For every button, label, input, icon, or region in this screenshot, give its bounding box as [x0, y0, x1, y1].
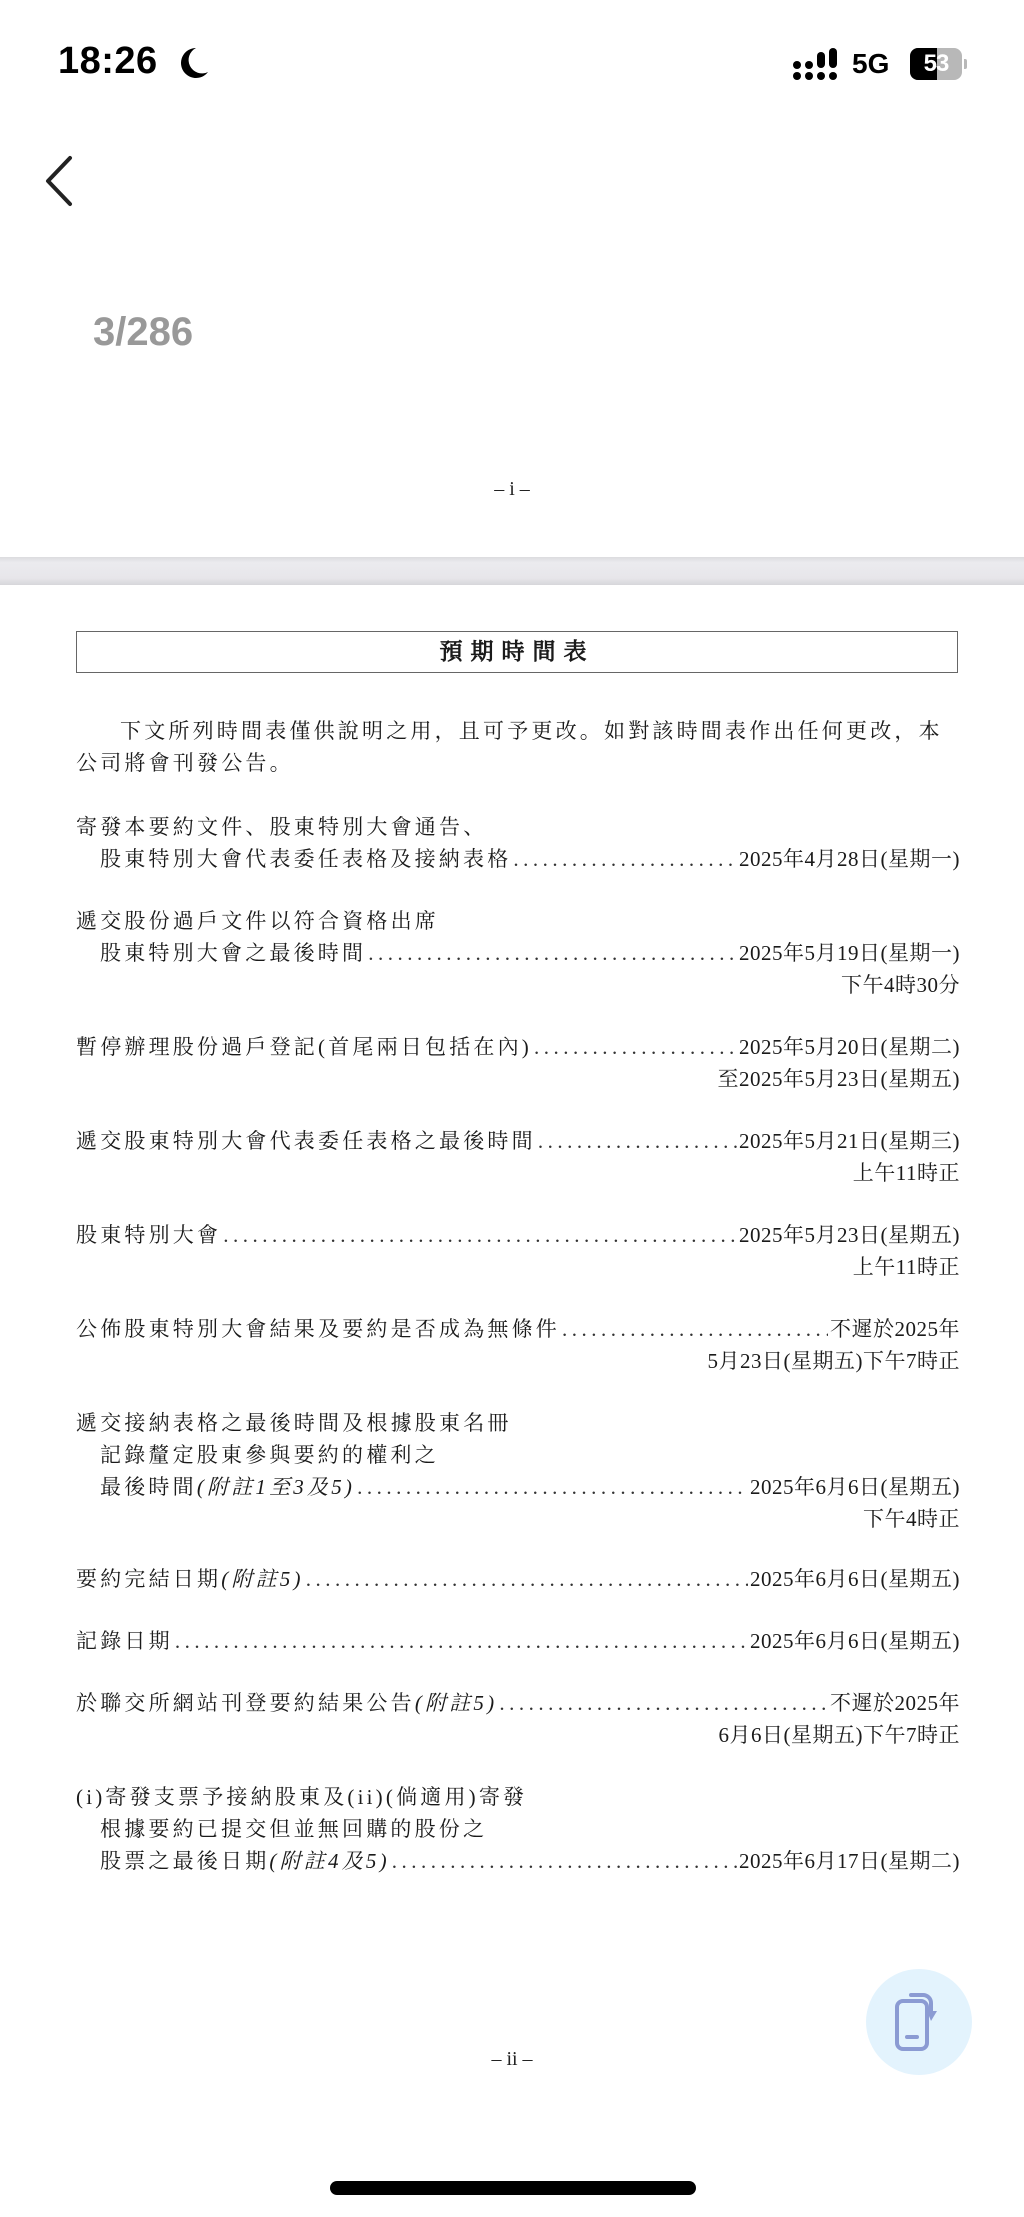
timetable-row: 遞交接納表格之最後時間及根據股東名冊 記錄釐定股東參與要約的權利之 最後時間(附… [76, 1407, 960, 1535]
status-bar: 18:26 5G 53 [0, 0, 1024, 130]
event-date: 2025年5月19日(星期一) [739, 937, 960, 969]
status-time: 18:26 [58, 40, 158, 83]
page-footer-ii: – ii – [0, 2048, 1024, 2071]
event-date: 2025年5月23日(星期五) [739, 1219, 960, 1251]
event-date: 2025年6月17日(星期二) [739, 1845, 960, 1877]
event-time: 下午4時30分 [76, 969, 960, 1001]
timetable-row: (i)寄發支票予接納股東及(ii)(倘適用)寄發 根據要約已提交但並無回購的股份… [76, 1781, 960, 1877]
event-date: 不遲於2025年 [830, 1313, 960, 1345]
footnote-ref: (附註5) [415, 1687, 498, 1719]
back-button[interactable] [40, 150, 80, 210]
event-date: 2025年6月6日(星期五) [750, 1471, 960, 1503]
event-date: 2025年6月6日(星期五) [750, 1563, 960, 1595]
event-time: 上午11時正 [76, 1157, 960, 1189]
rotate-screen-icon [893, 1991, 949, 2053]
footnote-ref: (附註4及5) [269, 1845, 389, 1877]
battery-level: 53 [910, 48, 962, 80]
event-date: 2025年5月20日(星期二) [739, 1031, 960, 1063]
event-time: 6月6日(星期五)下午7時正 [76, 1719, 960, 1751]
timetable-row: 暫停辦理股份過戶登記(首尾兩日包括在內)....................… [76, 1031, 960, 1095]
signal-bars-icon [793, 48, 839, 82]
moon-icon [180, 46, 210, 80]
rotate-screen-button[interactable] [866, 1969, 972, 2075]
network-type: 5G [852, 48, 889, 80]
page-counter: 3/286 [93, 310, 193, 355]
event-date: 2025年6月6日(星期五) [750, 1625, 960, 1657]
timetable-row: 股東特別大會..................................… [76, 1219, 960, 1283]
event-time: 5月23日(星期五)下午7時正 [76, 1345, 960, 1377]
footnote-ref: (附註5) [221, 1563, 304, 1595]
event-date: 不遲於2025年 [830, 1687, 960, 1719]
page-footer-i: – i – [0, 478, 1024, 501]
timetable-row: 公佈股東特別大會結果及要約是否成為無條件....................… [76, 1313, 960, 1377]
timetable-row: 要約完結日期(附註5).............................… [76, 1563, 960, 1595]
event-date: 2025年5月21日(星期三) [739, 1125, 960, 1157]
timetable-row: 遞交股份過戶文件以符合資格出席 股東特別大會之最後時間.............… [76, 905, 960, 1001]
chevron-left-icon [40, 150, 80, 210]
event-date: 2025年4月28日(星期一) [739, 843, 960, 875]
battery-icon: 53 [910, 48, 968, 80]
page-separator [0, 557, 1024, 585]
event-time: 至2025年5月23日(星期五) [76, 1063, 960, 1095]
timetable-row: 於聯交所網站刊登要約結果公告(附註5).....................… [76, 1687, 960, 1751]
event-time: 下午4時正 [76, 1503, 960, 1535]
intro-paragraph: 下文所列時間表僅供說明之用，且可予更改。如對該時間表作出任何更改，本公司將會刊發… [76, 715, 962, 779]
footnote-ref: (附註1至3及5) [197, 1471, 355, 1503]
timetable-row: 遞交股東特別大會代表委任表格之最後時間.....................… [76, 1125, 960, 1189]
timetable-row: 寄發本要約文件、股東特別大會通告、 股東特別大會代表委任表格及接納表格.....… [76, 811, 960, 875]
home-indicator[interactable] [330, 2181, 696, 2195]
page-title: 預期時間表 [76, 631, 958, 673]
event-time: 上午11時正 [76, 1251, 960, 1283]
timetable-row: 記錄日期....................................… [76, 1625, 960, 1657]
